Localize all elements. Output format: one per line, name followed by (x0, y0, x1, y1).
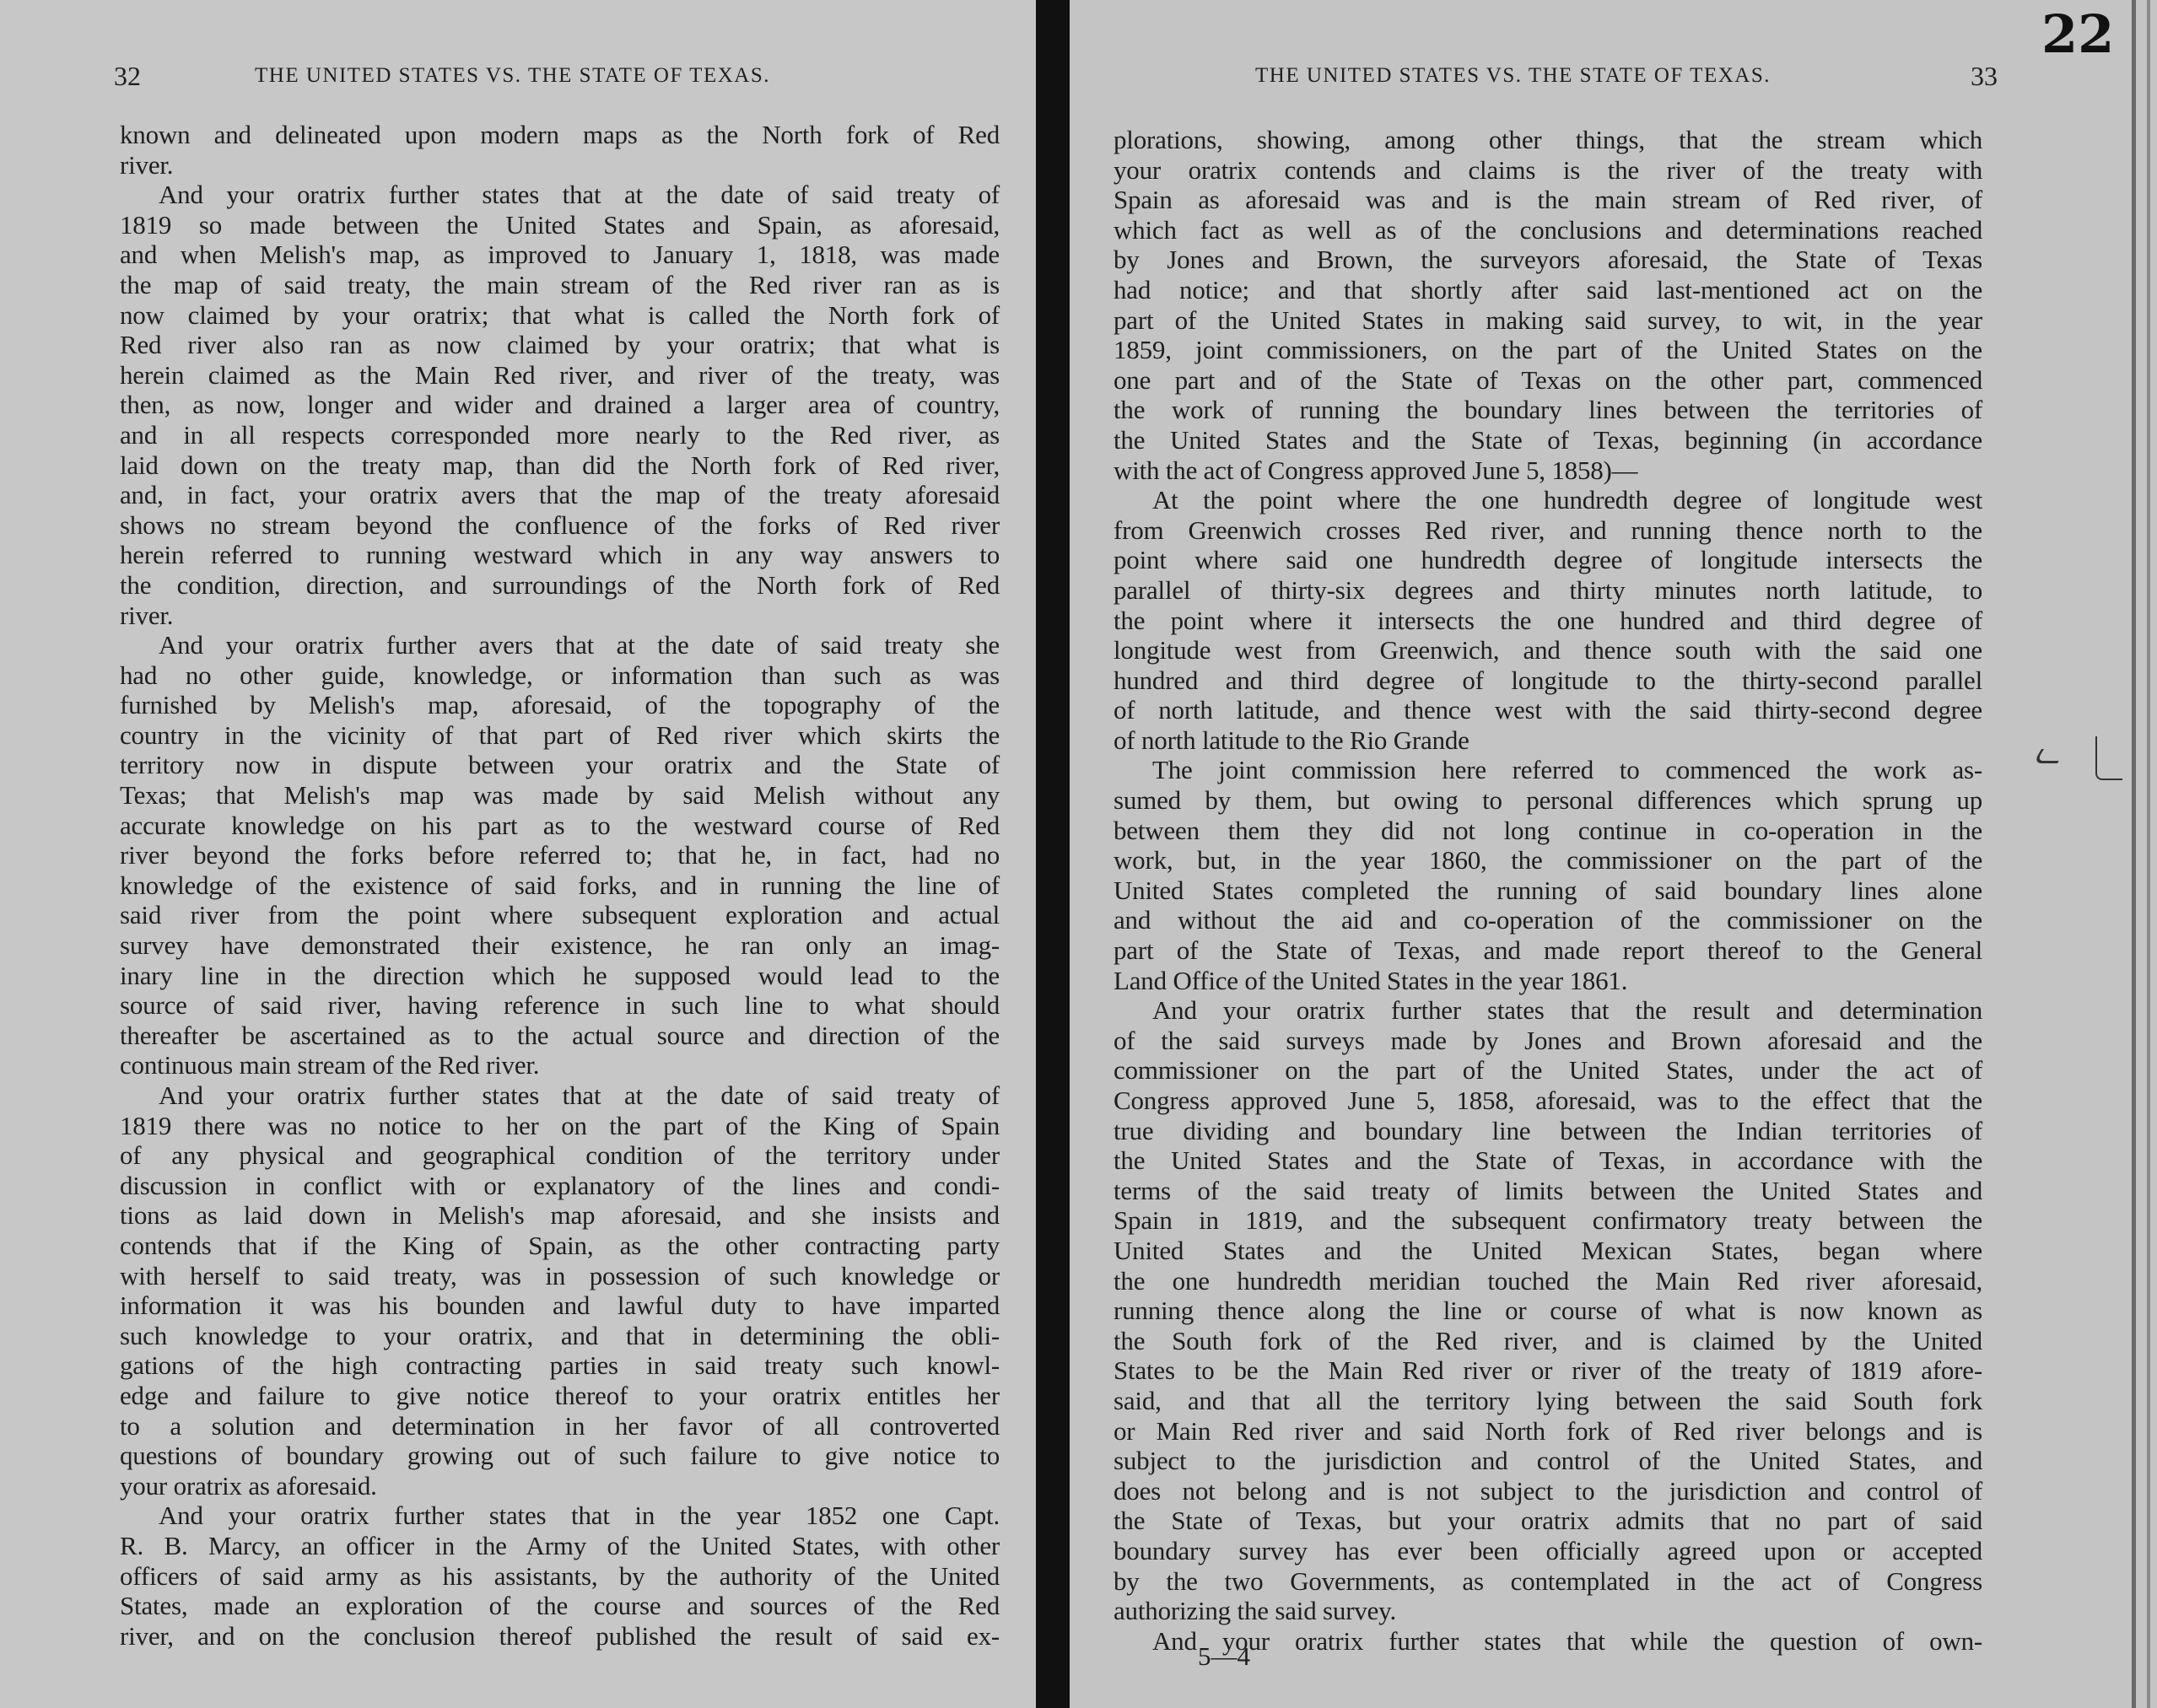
text-line: 1859, joint commissioners, on the part o… (1114, 335, 1982, 365)
text-line: officers of said army as his assistants,… (120, 1561, 1000, 1592)
text-line: tions as laid down in Melish's map afore… (120, 1200, 1000, 1231)
text-line: States to be the Main Red river or river… (1114, 1355, 1982, 1386)
text-line: with herself to said treaty, was in poss… (120, 1261, 1000, 1291)
text-line: source of said river, having reference i… (120, 990, 1000, 1021)
text-line: herein claimed as the Main Red river, an… (120, 360, 1000, 391)
text-line: the United States and the State of Texas… (1114, 425, 1982, 455)
text-line: discussion in conflict with or explanato… (120, 1171, 1000, 1201)
text-line: questions of boundary growing out of suc… (120, 1441, 1000, 1471)
text-line: territory now in dispute between your or… (120, 750, 1000, 780)
text-line: known and delineated upon modern maps as… (120, 120, 1000, 150)
text-line: States, made an exploration of the cours… (120, 1591, 1000, 1621)
pencil-margin-mark (2095, 736, 2122, 780)
text-line: information it was his bounden and lawfu… (120, 1290, 1000, 1321)
text-line: said river from the point where subseque… (120, 900, 1000, 930)
text-line: by Jones and Brown, the surveyors afores… (1114, 245, 1982, 275)
text-line: does not belong and is not subject to th… (1114, 1476, 1982, 1506)
text-line: your oratrix as aforesaid. (120, 1471, 1000, 1501)
text-line: And your oratrix further states that at … (120, 180, 1000, 210)
text-line: between them they did not long continue … (1114, 816, 1982, 846)
text-line: shows no stream beyond the confluence of… (120, 510, 1000, 541)
left-page-body: known and delineated upon modern maps as… (120, 120, 1000, 1651)
right-running-head: THE UNITED STATES VS. THE STATE OF TEXAS… (1255, 64, 1771, 88)
text-line: and, in fact, your oratrix avers that th… (120, 480, 1000, 510)
text-line: Land Office of the United States in the … (1114, 966, 1982, 996)
text-line: from Greenwich crosses Red river, and ru… (1114, 515, 1982, 546)
right-page: THE UNITED STATES VS. THE STATE OF TEXAS… (1070, 0, 2157, 1708)
text-line: Spain in 1819, and the subsequent confir… (1114, 1205, 1982, 1236)
text-line: And your oratrix further states that in … (120, 1501, 1000, 1531)
text-line: herein referred to running westward whic… (120, 540, 1000, 570)
text-line: gations of the high contracting parties … (120, 1350, 1000, 1381)
text-line: 1819 there was no notice to her on the p… (120, 1111, 1000, 1141)
text-line: continuous main stream of the Red river. (120, 1050, 1000, 1080)
text-line: Congress approved June 5, 1858, aforesai… (1114, 1086, 1982, 1116)
text-line: inary line in the direction which he sup… (120, 961, 1000, 991)
text-line: and when Melish's map, as improved to Ja… (120, 240, 1000, 270)
text-line: of north latitude, and thence west with … (1114, 695, 1982, 725)
text-line: then, as now, longer and wider and drain… (120, 390, 1000, 420)
text-line: to a solution and determination in her f… (120, 1411, 1000, 1441)
text-line: And your oratrix further states that at … (120, 1080, 1000, 1111)
text-line: At the point where the one hundredth deg… (1114, 485, 1982, 515)
text-line: The joint commission here referred to co… (1114, 755, 1982, 785)
text-line: or Main Red river and said North fork of… (1114, 1416, 1982, 1447)
text-line: had no other guide, knowledge, or inform… (120, 660, 1000, 691)
text-line: river, and on the conclusion thereof pub… (120, 1621, 1000, 1651)
text-line: such knowledge to your oratrix, and that… (120, 1321, 1000, 1351)
text-line: which fact as well as of the conclusions… (1114, 215, 1982, 245)
text-line: river beyond the forks before referred t… (120, 840, 1000, 870)
text-line: 1819 so made between the United States a… (120, 210, 1000, 240)
text-line: of any physical and geographical conditi… (120, 1140, 1000, 1171)
page-stamp-number: 22 (2041, 3, 2114, 65)
right-page-body: plorations, showing, among other things,… (1114, 125, 1982, 1656)
text-line: hundred and third degree of longitude to… (1114, 665, 1982, 696)
text-line: subject to the jurisdiction and control … (1114, 1446, 1982, 1476)
text-line: the South fork of the Red river, and is … (1114, 1326, 1982, 1356)
text-line: and in all respects corresponded more ne… (120, 420, 1000, 450)
text-line: the United States and the State of Texas… (1114, 1145, 1982, 1176)
text-line: laid down on the treaty map, than did th… (120, 450, 1000, 481)
left-page: 32 THE UNITED STATES VS. THE STATE OF TE… (0, 0, 1036, 1708)
page-edge-line (2132, 0, 2136, 1708)
text-line: edge and failure to give notice thereof … (120, 1381, 1000, 1411)
text-line: work, but, in the year 1860, the commiss… (1114, 845, 1982, 876)
text-line: said, and that all the territory lying b… (1114, 1386, 1982, 1416)
text-line: accurate knowledge on his part as to the… (120, 811, 1000, 841)
text-line: R. B. Marcy, an officer in the Army of t… (120, 1531, 1000, 1561)
text-line: of north latitude to the Rio Grande (1114, 725, 1982, 756)
text-line: furnished by Melish's map, aforesaid, of… (120, 690, 1000, 720)
text-line: the one hundredth meridian touched the M… (1114, 1266, 1982, 1296)
text-line: authorizing the said survey. (1114, 1596, 1982, 1626)
text-line: Red river also ran as now claimed by you… (120, 330, 1000, 360)
text-line: the map of said treaty, the main stream … (120, 270, 1000, 300)
text-line: true dividing and boundary line between … (1114, 1116, 1982, 1146)
text-line: by the two Governments, as contemplated … (1114, 1566, 1982, 1597)
text-line: point where said one hundredth degree of… (1114, 545, 1982, 575)
text-line: terms of the said treaty of limits betwe… (1114, 1176, 1982, 1206)
left-page-number: 32 (114, 61, 141, 92)
text-line: with the act of Congress approved June 5… (1114, 455, 1982, 486)
text-line: longitude west from Greenwich, and thenc… (1114, 635, 1982, 665)
text-line: the work of running the boundary lines b… (1114, 395, 1982, 425)
text-line: boundary survey has ever been officially… (1114, 1536, 1982, 1566)
text-line: country in the vicinity of that part of … (120, 720, 1000, 751)
text-line: United States and the United Mexican Sta… (1114, 1236, 1982, 1266)
book-gutter (1036, 0, 1070, 1708)
text-line: the condition, direction, and surroundin… (120, 570, 1000, 601)
text-line: thereafter be ascertained as to the actu… (120, 1021, 1000, 1051)
page-edge-line (2147, 0, 2150, 1708)
text-line: parallel of thirty-six degrees and thirt… (1114, 575, 1982, 606)
text-line: plorations, showing, among other things,… (1114, 125, 1982, 155)
text-line: sumed by them, but owing to personal dif… (1114, 785, 1982, 816)
text-line: contends that if the King of Spain, as t… (120, 1231, 1000, 1261)
text-line: the point where it intersects the one hu… (1114, 606, 1982, 636)
text-line: the State of Texas, but your oratrix adm… (1114, 1506, 1982, 1536)
text-line: now claimed by your oratrix; that what i… (120, 300, 1000, 331)
text-line: survey have demonstrated their existence… (120, 930, 1000, 961)
text-line: Texas; that Melish's map was made by sai… (120, 780, 1000, 811)
right-page-number: 33 (1971, 61, 1998, 92)
text-line: had notice; and that shortly after said … (1114, 275, 1982, 305)
text-line: knowledge of the existence of said forks… (120, 870, 1000, 901)
text-line: running thence along the line or course … (1114, 1296, 1982, 1326)
text-line: river. (120, 150, 1000, 180)
left-running-head: THE UNITED STATES VS. THE STATE OF TEXAS… (255, 64, 770, 88)
text-line: of the said surveys made by Jones and Br… (1114, 1026, 1982, 1056)
text-line: United States completed the running of s… (1114, 876, 1982, 906)
text-line: river. (120, 601, 1000, 631)
text-line: one part and of the State of Texas on th… (1114, 365, 1982, 396)
text-line: And your oratrix further avers that at t… (120, 630, 1000, 660)
text-line: part of the United States in making said… (1114, 305, 1982, 336)
text-line: part of the State of Texas, and made rep… (1114, 935, 1982, 966)
text-line: And your oratrix further states that the… (1114, 995, 1982, 1026)
signature-mark: 5—4 (1198, 1641, 1250, 1672)
text-line: commissioner on the part of the United S… (1114, 1055, 1982, 1086)
text-line: your oratrix contends and claims is the … (1114, 155, 1982, 186)
text-line: and without the aid and co-operation of … (1114, 905, 1982, 935)
text-line: Spain as aforesaid was and is the main s… (1114, 185, 1982, 215)
